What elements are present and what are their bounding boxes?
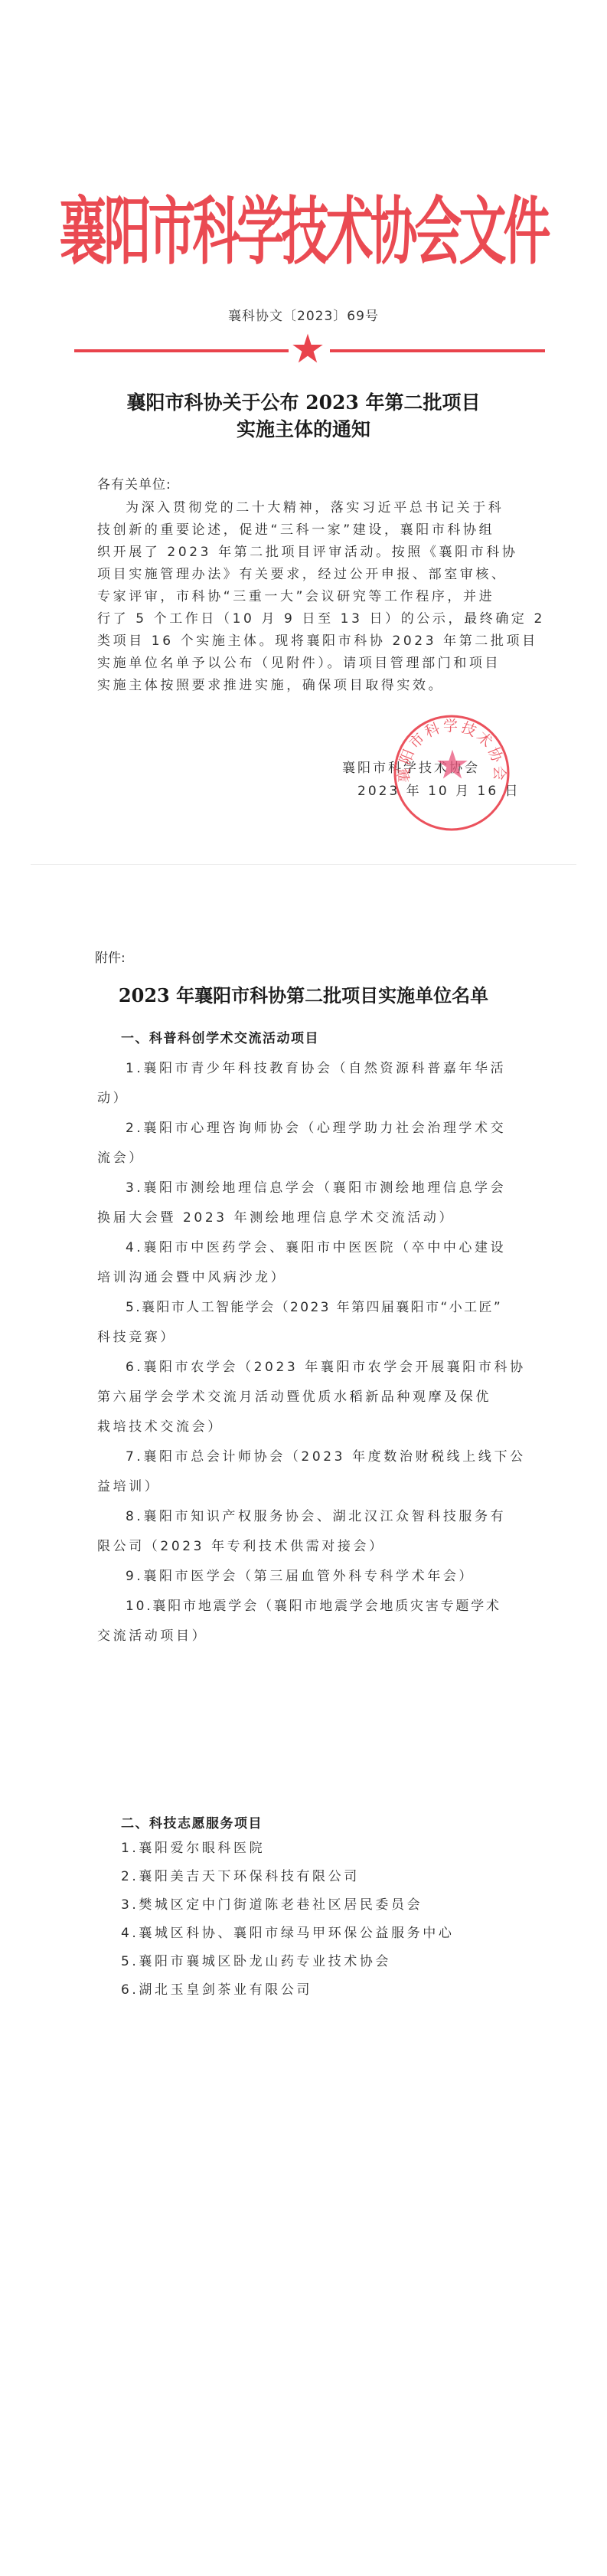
list-item: 4.襄城区科协、襄阳市绿马甲环保公益服务中心 bbox=[121, 1923, 454, 1943]
list-item-continuation: 科技竞赛） bbox=[97, 1327, 176, 1347]
list-item: 1.襄阳市青少年科技教育协会（自然资源科普嘉年华活 bbox=[126, 1059, 506, 1079]
list-item-continuation: 第六届学会学术交流月活动暨优质水稻新品种观摩及保优 bbox=[97, 1387, 491, 1407]
list-item-continuation: 限公司（2023 年专利技术供需对接会） bbox=[97, 1537, 385, 1556]
body-line: 技创新的重要论述，促进“三科一家”建设，襄阳市科协组 bbox=[97, 519, 494, 542]
letterhead-title: 襄阳市科学技术协会文件 bbox=[0, 167, 607, 298]
list-item: 9.襄阳市医学会（第三届血管外科专科学术年会） bbox=[126, 1566, 475, 1586]
list-item-continuation: 益培训） bbox=[97, 1477, 160, 1497]
list-item: 4.襄阳市中医药学会、襄阳市中医医院（卒中中心建设 bbox=[126, 1238, 506, 1258]
body-line: 专家评审，市科协“三重一大”会议研究等工作程序，并进 bbox=[97, 586, 494, 608]
list-item: 2.襄阳美吉天下环保科技有限公司 bbox=[121, 1867, 360, 1887]
list-item-continuation: 交流活动项目） bbox=[97, 1626, 207, 1646]
attachment-label: 附件: bbox=[95, 948, 126, 968]
list-item-continuation: 栽培技术交流会） bbox=[97, 1417, 224, 1437]
notice-title-line-1: 襄阳市科协关于公布 2023 年第二批项目 bbox=[0, 389, 607, 416]
list-item: 6.湖北玉皇剑茶业有限公司 bbox=[121, 1980, 312, 2000]
list-item: 5.襄阳市人工智能学会（2023 年第四届襄阳市“小工匠” bbox=[126, 1298, 502, 1317]
attachment-title: 2023 年襄阳市科协第二批项目实施单位名单 bbox=[0, 984, 607, 1008]
list-item-continuation: 动） bbox=[97, 1088, 129, 1108]
document-number: 襄科协文〔2023〕69号 bbox=[0, 306, 607, 326]
svg-text:襄阳市科学技术协会: 襄阳市科学技术协会 bbox=[396, 718, 507, 783]
body-line: 织开展了 2023 年第二批项目评审活动。按照《襄阳市科协 bbox=[97, 542, 517, 564]
list-item: 1.襄阳爱尔眼科医院 bbox=[121, 1838, 265, 1858]
list-item: 3.樊城区定中门街道陈老巷社区居民委员会 bbox=[121, 1895, 423, 1915]
list-item: 8.襄阳市知识产权服务协会、湖北汉江众智科技服务有 bbox=[126, 1507, 506, 1527]
body-line: 实施主体按照要求推进实施，确保项目取得实效。 bbox=[97, 675, 444, 697]
letterhead-rule-left bbox=[74, 349, 289, 352]
letterhead-rule-right bbox=[330, 349, 545, 352]
section-heading-volunteer-services: 二、科技志愿服务项目 bbox=[121, 1814, 263, 1834]
list-item: 10.襄阳市地震学会（襄阳市地震学会地质灾害专题学术 bbox=[126, 1596, 501, 1616]
red-star-icon bbox=[292, 332, 324, 365]
list-item-continuation: 换届大会暨 2023 年测绘地理信息学术交流活动） bbox=[97, 1208, 455, 1228]
page-divider bbox=[31, 864, 576, 865]
list-item: 7.襄阳市总会计师协会（2023 年度数治财税线上线下公 bbox=[126, 1447, 526, 1467]
body-line: 项目实施管理办法》有关要求，经过公开申报、部室审核、 bbox=[97, 564, 507, 586]
list-item: 6.襄阳市农学会（2023 年襄阳市农学会开展襄阳市科协 bbox=[126, 1357, 526, 1377]
salutation: 各有关单位: bbox=[97, 474, 171, 496]
body-line: 类项目 16 个实施主体。现将襄阳市科协 2023 年第二批项目 bbox=[97, 630, 538, 653]
list-item: 3.襄阳市测绘地理信息学会（襄阳市测绘地理信息学会 bbox=[126, 1178, 506, 1198]
notice-title-line-2: 实施主体的通知 bbox=[0, 416, 607, 443]
list-item: 2.襄阳市心理咨询师协会（心理学助力社会治理学术交 bbox=[126, 1118, 506, 1138]
list-item: 5.襄阳市襄城区卧龙山药专业技术协会 bbox=[121, 1952, 391, 1972]
body-line: 为深入贯彻党的二十大精神，落实习近平总书记关于科 bbox=[126, 497, 504, 519]
list-item-continuation: 培训沟通会暨中风病沙龙） bbox=[97, 1268, 286, 1288]
section-heading-science-activities: 一、科普科创学术交流活动项目 bbox=[121, 1029, 319, 1049]
notice-title: 襄阳市科协关于公布 2023 年第二批项目 实施主体的通知 bbox=[0, 389, 607, 443]
body-line: 行了 5 个工作日（10 月 9 日至 13 日）的公示，最终确定 2 bbox=[97, 608, 545, 630]
official-seal-icon: 襄阳市科学技术协会 bbox=[392, 713, 511, 833]
list-item-continuation: 流会） bbox=[97, 1148, 145, 1168]
body-line: 实施单位名单予以公布（见附件）。请项目管理部门和项目 bbox=[97, 653, 501, 675]
